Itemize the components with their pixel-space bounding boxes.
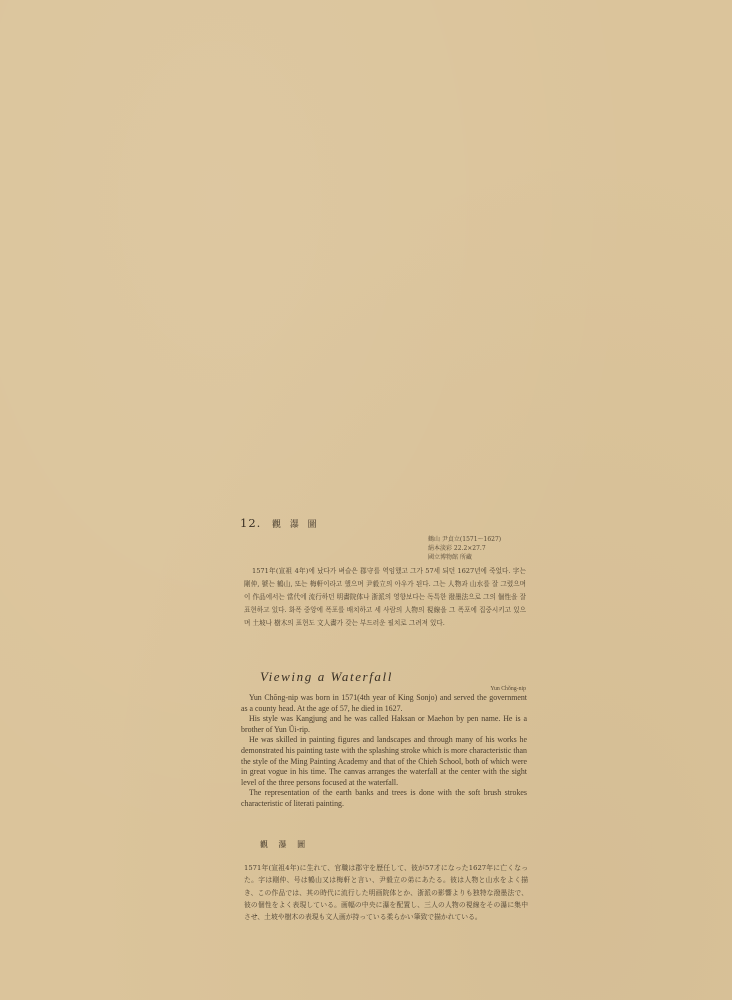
english-paragraph: His style was Kangjung and he was called… [241, 714, 527, 735]
english-paragraph: The representation of the earth banks an… [241, 788, 527, 809]
plate-title: 觀 瀑 圖 [272, 520, 320, 530]
english-description: Yun Chŏng-nip was born in 1571(4th year … [241, 693, 527, 810]
japanese-paragraph: 1571年(宣祖4年)に生れて、官職は郡守を歴任して、彼が57才になった1627… [244, 862, 528, 923]
japanese-title: 觀 瀑 圖 [260, 839, 309, 850]
plate-heading: 12. 觀 瀑 圖 [240, 516, 320, 530]
english-paragraph: He was skilled in painting figures and l… [241, 735, 527, 788]
english-title: Viewing a Waterfall [260, 669, 393, 685]
plate-number: 12. [240, 516, 261, 530]
english-paragraph: Yun Chŏng-nip was born in 1571(4th year … [241, 693, 527, 714]
artwork-metadata: 鶴山 尹貞立(1571〜1627) 絹本淡彩 22.2×27.7 國立博物館 所… [428, 535, 528, 562]
metadata-medium-size: 絹本淡彩 22.2×27.7 [428, 544, 528, 553]
metadata-artist: 鶴山 尹貞立(1571〜1627) [428, 535, 528, 544]
korean-description: 1571年(宣祖 4年)에 났다가 벼슬은 郡守를 역임했고 그가 57세 되던… [244, 565, 526, 630]
japanese-description: 1571年(宣祖4年)に生れて、官職は郡守を歴任して、彼が57才になった1627… [244, 862, 528, 923]
english-author: Yun Chŏng-nip [472, 686, 526, 692]
korean-paragraph: 1571年(宣祖 4年)에 났다가 벼슬은 郡守를 역임했고 그가 57세 되던… [244, 565, 526, 630]
book-page: 12. 觀 瀑 圖 鶴山 尹貞立(1571〜1627) 絹本淡彩 22.2×27… [0, 0, 732, 1000]
metadata-collection: 國立博物館 所藏 [428, 553, 528, 562]
